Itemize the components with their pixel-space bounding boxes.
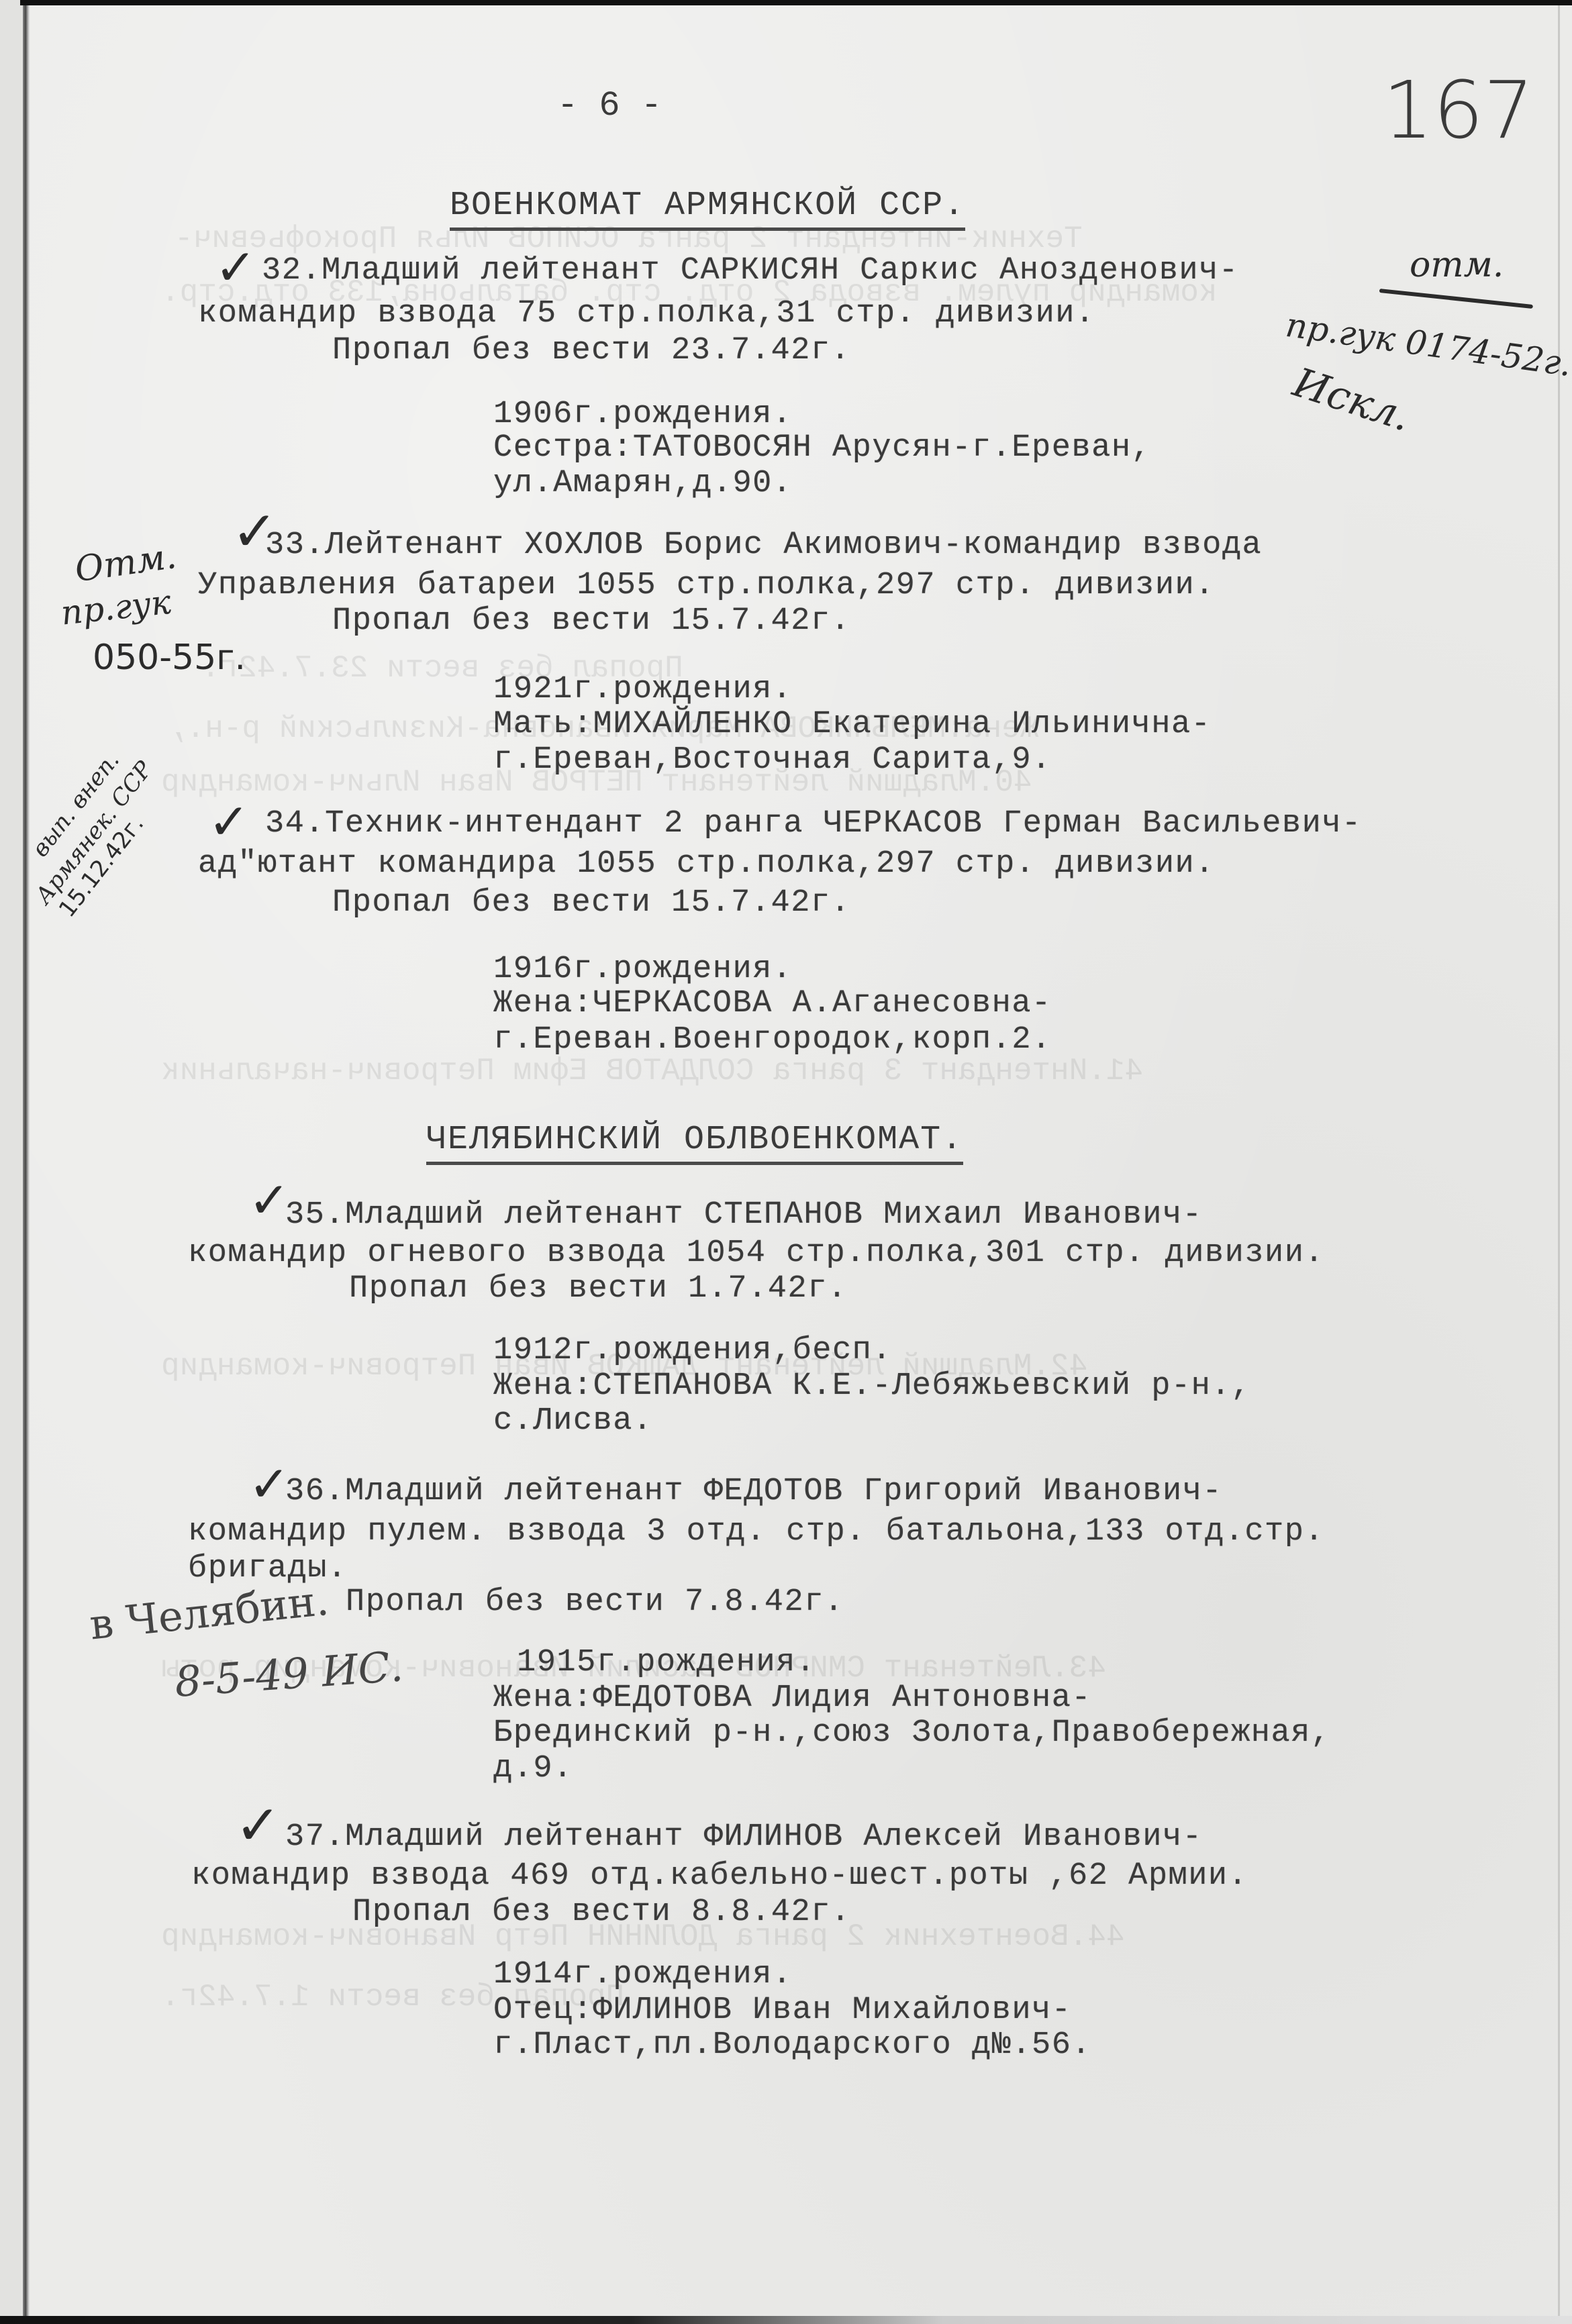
- entry-32-line2: командир взвода 75 стр.полка,31 стр. див…: [198, 295, 1095, 333]
- entry-32-birth: 1906г.рождения.: [493, 396, 793, 434]
- annotation-entry-33-otm: Отм.: [72, 536, 179, 591]
- entry-37-line1: 37.Младший лейтенант ФИЛИНОВ Алексей Ива…: [285, 1819, 1202, 1856]
- scan-bottom-edge: [0, 2316, 1572, 2324]
- entry-35-birth: 1912г.рождения,бесп.: [493, 1332, 892, 1370]
- entry-35-line1: 35.Младший лейтенант СТЕПАНОВ Михаил Ива…: [285, 1197, 1202, 1234]
- entry-33-address: г.Ереван,Восточная Сарита,9.: [493, 742, 1052, 779]
- entry-37-birth: 1914г.рождения.: [493, 1956, 793, 1994]
- entry-35-relative: Жена:СТЕПАНОВА К.Е.-Лебяжьевский р-н.,: [493, 1368, 1251, 1405]
- check-mark-icon: ✓: [248, 1460, 290, 1509]
- folio-number: 167: [1383, 64, 1534, 156]
- annotation-entry-33-number: 050-55г.: [93, 638, 246, 678]
- entry-36-birth: 1915г.рождения.: [517, 1644, 816, 1682]
- entry-37-address: г.Пласт,пл.Володарского д№.56.: [493, 2027, 1091, 2064]
- annotation-entry-32-excluded: Искл.: [1287, 359, 1416, 441]
- entry-33-line1: 33.Лейтенант ХОХЛОВ Борис Акимович-коман…: [265, 527, 1262, 564]
- scan-top-edge: [20, 0, 1572, 5]
- entry-34-address: г.Ереван.Военгородок,корп.2.: [493, 1021, 1052, 1059]
- entry-35-line2: командир огневого взвода 1054 стр.полка,…: [188, 1235, 1324, 1272]
- annotation-entry-33-order: пр.гук: [59, 583, 173, 633]
- binding-edge: [23, 0, 30, 2324]
- entry-33-missing: Пропал без вести 15.7.42г.: [332, 603, 850, 640]
- document-page: Техник-интендант 2 ранга ОСИПОВ Илья Про…: [0, 0, 1572, 2324]
- entry-34-birth: 1916г.рождения.: [493, 951, 793, 989]
- entry-37-relative: Отец:ФИЛИНОВ Иван Михайлович-: [493, 1992, 1071, 2029]
- check-mark-icon: ✓: [235, 1799, 281, 1854]
- entry-32-missing: Пропал без вести 23.7.42г.: [332, 332, 850, 370]
- entry-36-missing: Пропал без вести 7.8.42г.: [346, 1584, 844, 1621]
- page-number: - 6 -: [557, 86, 662, 125]
- entry-34-line1: 34.Техник-интендант 2 ранга ЧЕРКАСОВ Гер…: [265, 805, 1362, 843]
- check-mark-icon: ✓: [248, 1176, 290, 1225]
- section-heading-armenian-ssr: ВОЕНКОМАТ АРМЯНСКОЙ ССР.: [450, 187, 965, 231]
- entry-32-line1: 32.Младший лейтенант САРКИСЯН Саркис Ано…: [262, 252, 1239, 290]
- entry-36-line1: 36.Младший лейтенант ФЕДОТОВ Григорий Ив…: [285, 1473, 1222, 1511]
- entry-36-address: Брединский р-н.,союз Золота,Правобережна…: [493, 1715, 1331, 1752]
- binding-margin: [0, 0, 23, 2324]
- entry-33-birth: 1921г.рождения.: [493, 671, 793, 709]
- entry-34-line2: ад"ютант командира 1055 стр.полка,297 ст…: [198, 846, 1215, 883]
- check-mark-icon: ✓: [215, 243, 256, 293]
- entry-32-address: ул.Амарян,д.90.: [493, 465, 793, 503]
- section-heading-chelyabinsk: ЧЕЛЯБИНСКИЙ ОБЛВОЕНКОМАТ.: [426, 1121, 963, 1165]
- entry-36-relative: Жена:ФЕДОТОВА Лидия Антоновна-: [493, 1680, 1091, 1717]
- entry-36-line2: командир пулем. взвода 3 отд. стр. батал…: [188, 1513, 1324, 1551]
- entry-33-relative: Мать:МИХАЙЛЕНКО Екатерина Ильинична-: [493, 706, 1211, 744]
- entry-32-relative: Сестра:ТАТОВОСЯН Арусян-г.Ереван,: [493, 430, 1151, 467]
- entry-37-missing: Пропал без вести 8.8.42г.: [352, 1894, 851, 1931]
- entry-35-address: с.Лисва.: [493, 1403, 653, 1440]
- check-mark-icon: ✓: [208, 797, 250, 847]
- annotation-entry-32-otm: отм.: [1410, 245, 1504, 285]
- entry-33-line2: Управления батареи 1055 стр.полка,297 ст…: [198, 567, 1215, 605]
- entry-37-line2: командир взвода 469 отд.кабельно-шест.ро…: [191, 1858, 1248, 1895]
- entry-35-missing: Пропал без вести 1.7.42г.: [349, 1270, 848, 1308]
- entry-34-missing: Пропал без вести 15.7.42г.: [332, 885, 850, 922]
- entry-34-relative: Жена:ЧЕРКАСОВА А.Аганесовна-: [493, 985, 1052, 1023]
- entry-36-address2: д.9.: [493, 1750, 573, 1788]
- annotation-underline: [1379, 289, 1533, 309]
